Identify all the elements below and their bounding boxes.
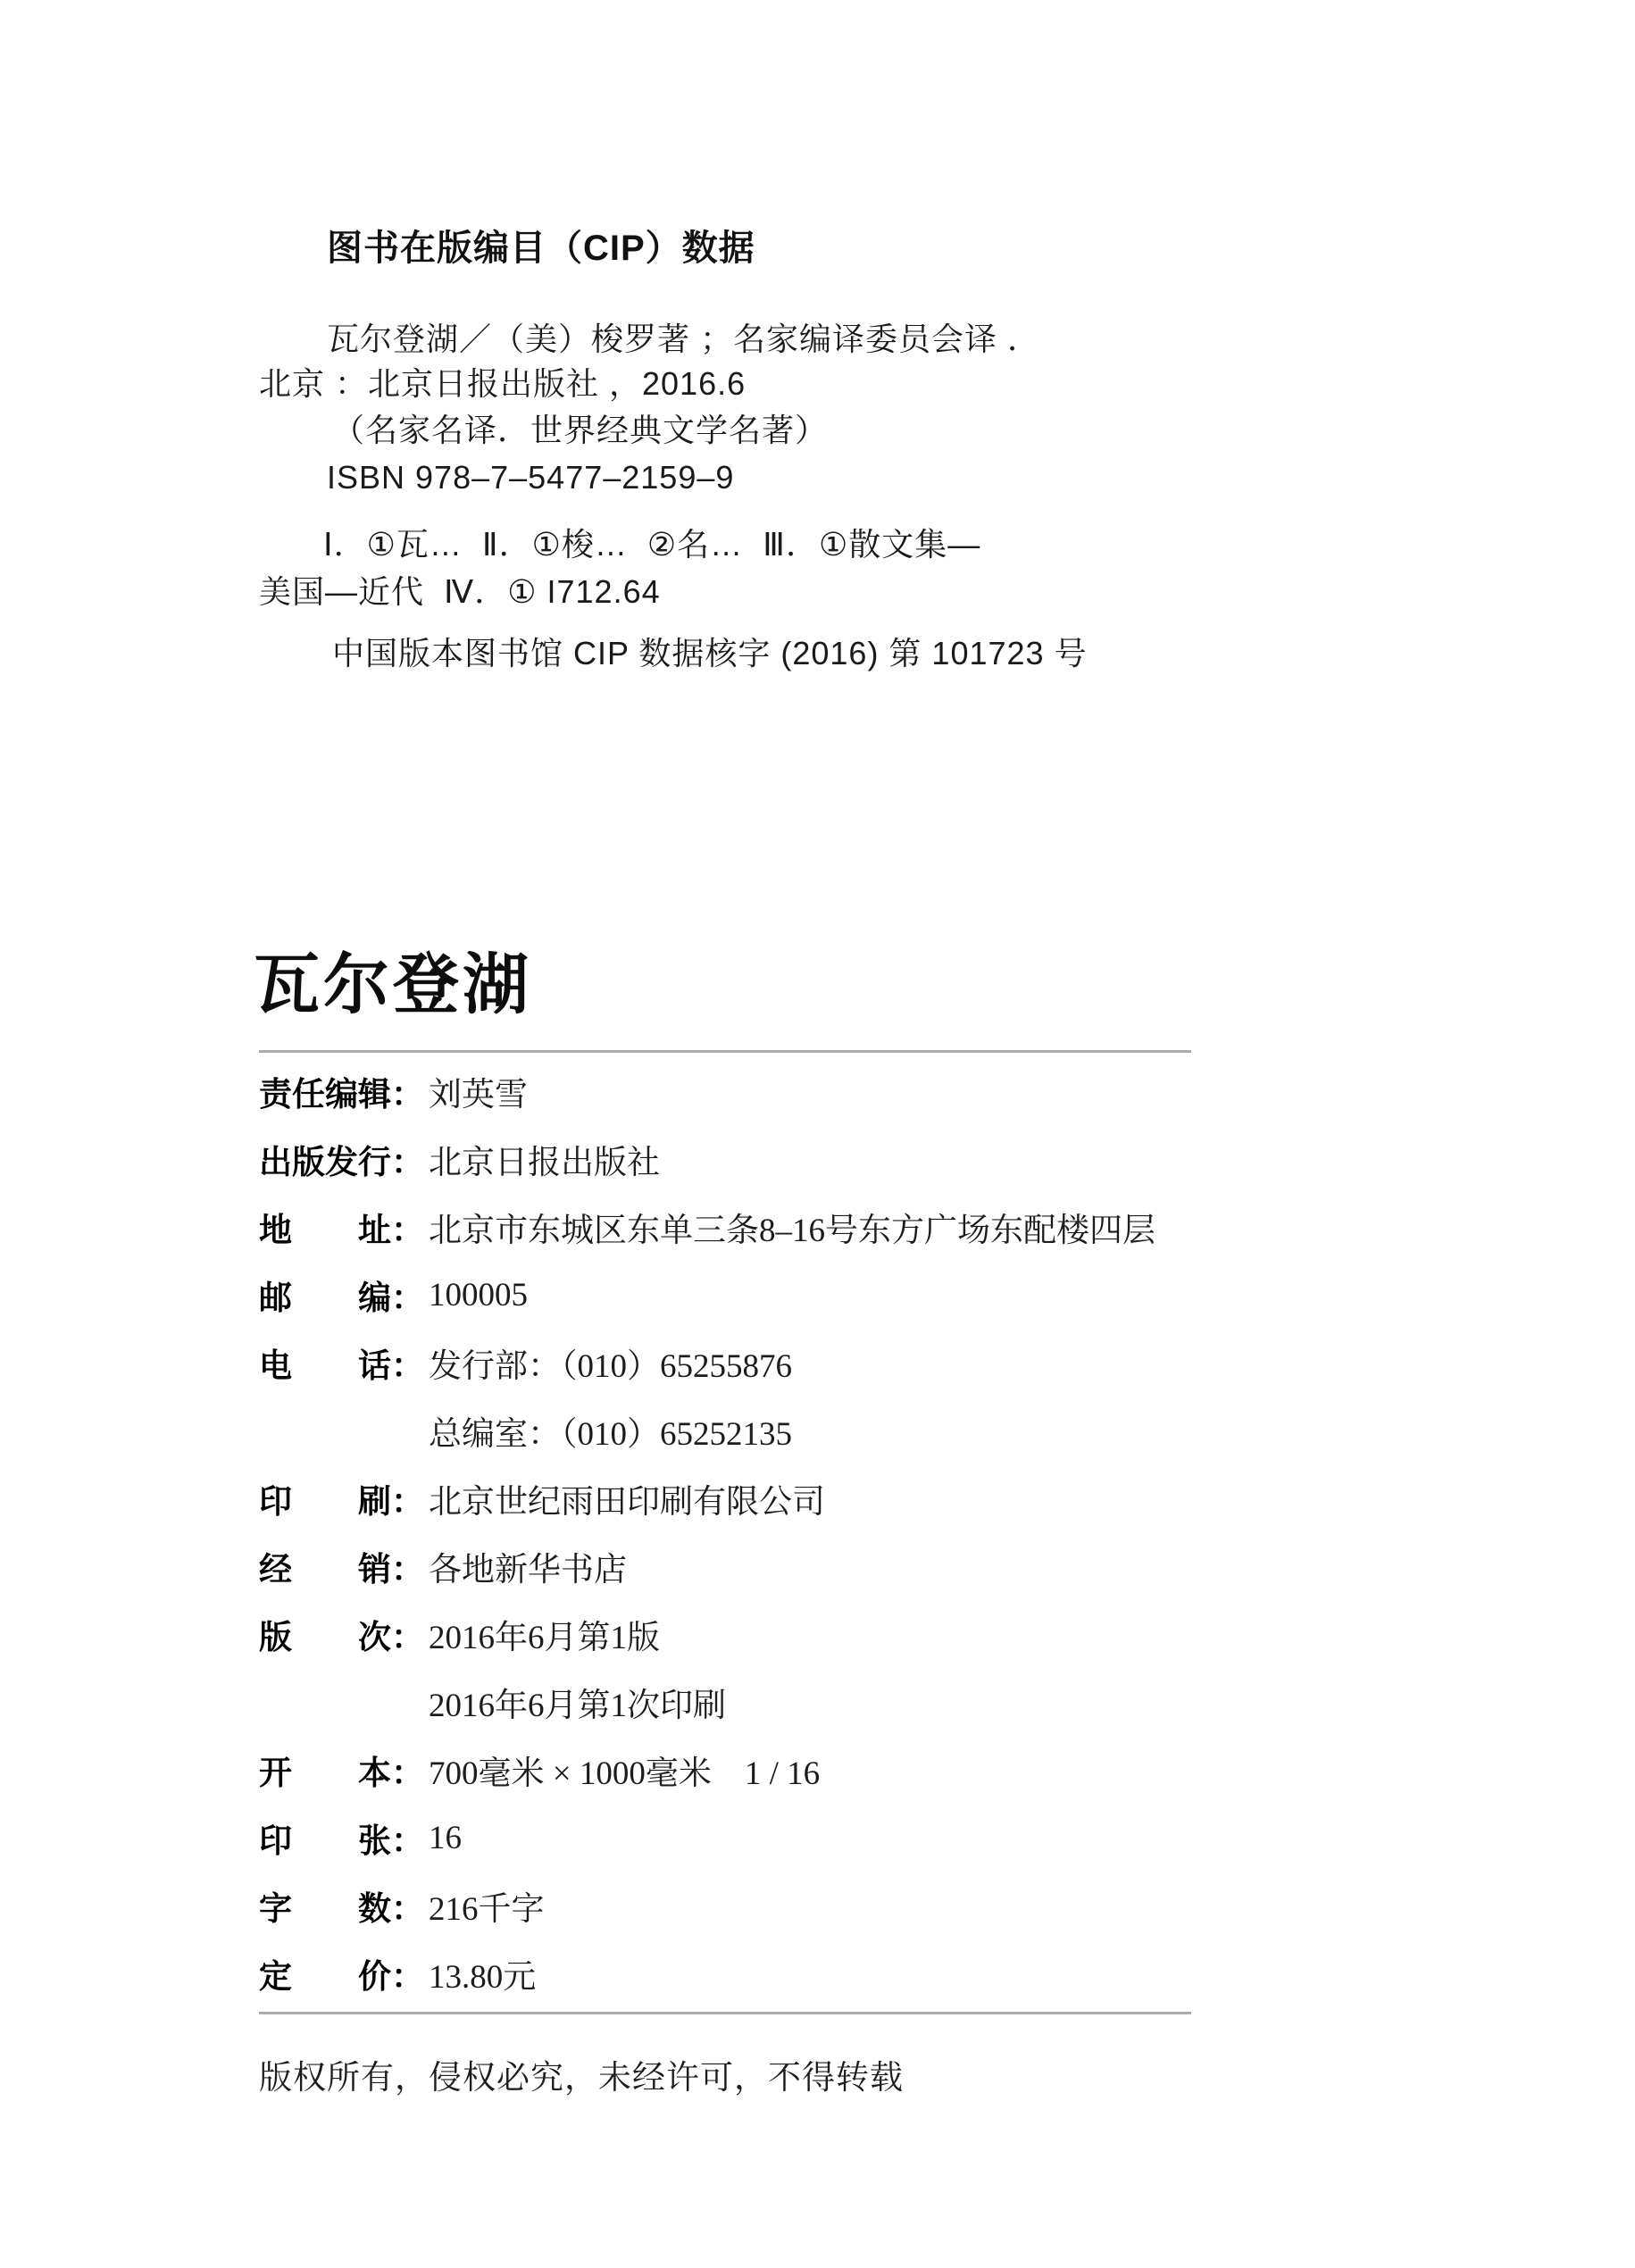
info-row-sheets: 印 张： 16 <box>259 1804 1331 1872</box>
info-row-label: 地 址： <box>259 1203 429 1251</box>
info-row-value: 北京市东城区东单三条8–16号东方广场东配楼四层 <box>429 1203 1155 1251</box>
cip-publisher-line: 北京 ：北京日报出版社 ，2016.6 <box>259 368 746 400</box>
info-row-value: 700毫米 × 1000毫米 1 / 16 <box>429 1746 820 1794</box>
info-row-label: 邮 编： <box>259 1271 429 1319</box>
info-row-value: 刘英雪 <box>429 1067 528 1115</box>
info-row-label: 电 话： <box>259 1338 429 1387</box>
cip-isbn-line: ISBN 978–7–5477–2159–9 <box>327 462 734 494</box>
divider-top <box>259 1050 1191 1053</box>
cip-record-number-line: 中国版本图书馆 CIP 数据核字 (2016) 第 101723 号 <box>332 638 1088 670</box>
info-row-editor: 责任编辑： 刘英雪 <box>259 1057 1331 1125</box>
cip-classification-line-2: 美国—近代 Ⅳ．① I712.64 <box>259 576 661 608</box>
info-row-value: 总编室：（010）65252135 <box>429 1406 792 1455</box>
info-row-label: 出版发行： <box>259 1135 429 1183</box>
info-row-value: 13.80元 <box>429 1949 536 1997</box>
info-row-value: 216千字 <box>429 1881 545 1930</box>
info-row-edition: 版 次： 2016年6月第1版 <box>259 1600 1331 1668</box>
info-row-label: 印 张： <box>259 1814 429 1862</box>
info-row-printing: 2016年6月第1次印刷 <box>259 1668 1331 1736</box>
info-row-label: 定 价： <box>259 1949 429 1997</box>
info-row-label: 开 本： <box>259 1746 429 1794</box>
divider-bottom <box>259 2012 1191 2014</box>
book-title: 瓦尔登湖 <box>254 952 532 1018</box>
info-row-label: 经 销： <box>259 1542 429 1590</box>
info-row-phone-editorial: 总编室：（010）65252135 <box>259 1397 1331 1464</box>
publication-info-list: 责任编辑： 刘英雪 出版发行： 北京日报出版社 地 址： 北京市东城区东单三条8… <box>259 1057 1331 2007</box>
info-row-postcode: 邮 编： 100005 <box>259 1261 1331 1329</box>
info-row-value: 100005 <box>429 1276 528 1314</box>
info-row-wordcount: 字 数： 216千字 <box>259 1872 1331 1939</box>
copyright-notice: 版权所有，侵权必究，未经许可，不得转载 <box>259 2050 904 2098</box>
info-row-value: 北京世纪雨田印刷有限公司 <box>429 1474 825 1522</box>
info-row-publisher: 出版发行： 北京日报出版社 <box>259 1125 1331 1193</box>
cip-classification-line-1: Ⅰ．①瓦… Ⅱ．①梭… ②名… Ⅲ．①散文集— <box>323 529 980 561</box>
cip-series-line: （名家名译．世界经典文学名著） <box>332 414 828 446</box>
info-row-label: 责任编辑： <box>259 1067 429 1115</box>
info-row-value: 发行部：（010）65255876 <box>429 1338 792 1387</box>
info-row-label: 版 次： <box>259 1610 429 1658</box>
info-row-distributor: 经 销： 各地新华书店 <box>259 1532 1331 1600</box>
info-row-value: 北京日报出版社 <box>429 1135 660 1183</box>
cip-header: 图书在版编目（CIP）数据 <box>327 230 755 266</box>
info-row-value: 16 <box>429 1819 462 1857</box>
info-row-printer: 印 刷： 北京世纪雨田印刷有限公司 <box>259 1464 1331 1532</box>
book-colophon-page: 图书在版编目（CIP）数据 瓦尔登湖／（美）梭罗著 ；名家编译委员会译 ． 北京… <box>0 0 1635 2268</box>
cip-title-author-line: 瓦尔登湖／（美）梭罗著 ；名家编译委员会译 ． <box>327 323 1040 355</box>
info-row-label: 字 数： <box>259 1881 429 1930</box>
info-row-address: 地 址： 北京市东城区东单三条8–16号东方广场东配楼四层 <box>259 1193 1331 1261</box>
info-row-value: 各地新华书店 <box>429 1542 627 1590</box>
info-row-value: 2016年6月第1次印刷 <box>429 1678 726 1726</box>
info-row-label: 印 刷： <box>259 1474 429 1522</box>
info-row-value: 2016年6月第1版 <box>429 1610 660 1658</box>
info-row-price: 定 价： 13.80元 <box>259 1939 1331 2007</box>
info-row-phone-distribution: 电 话： 发行部：（010）65255876 <box>259 1329 1331 1397</box>
info-row-format: 开 本： 700毫米 × 1000毫米 1 / 16 <box>259 1736 1331 1804</box>
